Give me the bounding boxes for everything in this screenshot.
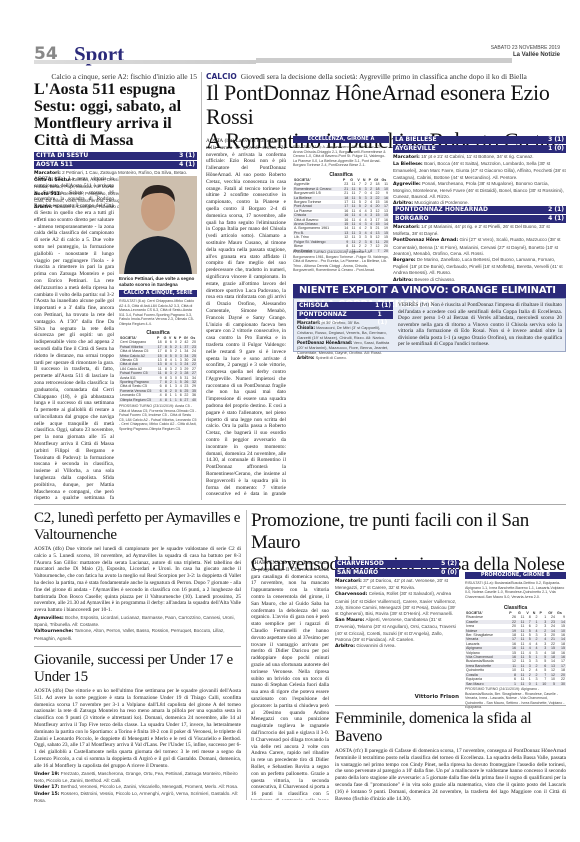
- section-divider: [34, 504, 566, 505]
- score-row: CITTÀ DI SESTU3 (1): [34, 152, 197, 160]
- match-charvensod: CHARVENSOD5 (2) SAN MAURO0 (0) Marcatori…: [335, 560, 459, 650]
- table-row: Olimpia Regium C5481162740: [119, 398, 197, 402]
- results: RISULTATI (8.a): Cerri Chiappano-Mirko C…: [119, 299, 197, 326]
- headline: Promozione, tre punti facili con il San …: [251, 510, 566, 554]
- standings: Classifica SOCIETA'PGVNPGfGsAygreville23…: [293, 170, 389, 253]
- results: RISULTATI (11.a): A. Borgomanero 1961-Li…: [293, 145, 389, 168]
- article-giovanile: Giovanile, successi per Under 17 e Under…: [34, 652, 241, 805]
- column-divider: [201, 72, 202, 500]
- score-row: SAN MAURO0 (0): [335, 569, 459, 577]
- score-row: AYGREVILLE1 (0): [393, 145, 566, 153]
- scoreboard: CITTÀ DI SESTU3 (1) AOSTA 5114 (1): [34, 152, 197, 169]
- portrait-image: [119, 176, 197, 274]
- byline: Vittorio Frison: [335, 694, 459, 700]
- column-divider: [246, 510, 247, 800]
- headline: C2, lunedì perfetto per Aymavilles e Val…: [34, 510, 241, 544]
- headline: Femminile, domenica la sfida al Baveno: [335, 710, 566, 746]
- match-borgaro: PONTDONNAZ HÔNEARNAD2 (1) BORGARO4 (1) M…: [393, 206, 566, 284]
- standings-table: SOCIETA'PGVNPGfGsRivarolese2611821249Cas…: [465, 611, 566, 686]
- table-row: Futsal Fuorex C51183232827: [119, 371, 197, 375]
- score-row: AOSTA 5114 (1): [34, 161, 197, 169]
- article-body: AOSTA (dfo) La terza vittoria in campion…: [34, 176, 114, 502]
- dateline: SABATO 23 NOVEMBRE 2019: [470, 45, 560, 51]
- headline: Giovanile, successi per Under 17 e Under…: [34, 652, 241, 686]
- article-body: AOSTA (dfo) Due vittorie e un ko nell'ul…: [34, 688, 241, 770]
- league-band: PROMOZIONE, GIRONE B: [465, 572, 566, 579]
- league-band: CALCIO A CINQUE, SERIE A2: [119, 290, 197, 297]
- article-femminile: Femminile, domenica la sfida al Baveno A…: [335, 710, 566, 802]
- standings-table: SOCIETA'PGVNPGfGsCerri Chiappano18860242…: [119, 336, 197, 402]
- headline: L'Aosta 511 espugna Sestu: oggi, sabato,…: [34, 81, 197, 149]
- league-band: ECCELLENZA, GIRONE A: [293, 136, 389, 143]
- table-row: Città di Massa C51785213424: [119, 349, 197, 353]
- article-vinovo: NIENTE EXPLOIT A VINOVO: ORANGE ELIMINAT…: [293, 284, 566, 352]
- article-body-continued: [119, 430, 197, 502]
- kicker: Calcio a cinque, serie A2: fischio d'ini…: [34, 72, 197, 81]
- article-body: AOSTA (rfc) Il pareggio di Cafasse di do…: [335, 748, 566, 802]
- score-row: PONTDONNAZ HÔNEARNAD2 (1): [393, 206, 566, 214]
- header-rule-right: [256, 58, 512, 63]
- score-row: PONTDONNAZ HÔNEARNAD1 (1): [297, 311, 393, 319]
- article-body: AOSTA (hrt) La svolta era nell'aria e ne…: [206, 138, 286, 498]
- masthead: La Vallée Notizie: [460, 52, 560, 58]
- score-row: BORGARO4 (1): [393, 215, 566, 223]
- table-row: Equipania6111371022: [465, 677, 566, 681]
- article-body-continued: [293, 378, 566, 500]
- article-body: VERRÈS (fvt) Non è riuscita al PontDonna…: [398, 302, 562, 348]
- photo-caption: Enrico Pettinari, due volte a segno saba…: [119, 276, 197, 287]
- headline: Il PontDonnaz HôneArnad esonera Ezio Ros…: [206, 81, 566, 129]
- score-row: CHISOLA1 (1): [297, 302, 393, 310]
- standings-table: SOCIETA'PGVNPGfGsAygreville23117221811Ro…: [293, 178, 389, 253]
- standings: Classifica SOCIETA'PGVNPGfGsCerri Chiapp…: [119, 328, 197, 402]
- results: RISULTATI (11.a): Busiansia/Busola-Detti…: [465, 581, 566, 599]
- article-body: AOSTA (dfo) Due vittorie nel lunedì di c…: [34, 546, 241, 614]
- score-row: CHARVENSOD5 (2): [335, 560, 459, 568]
- match-biellese: LA BIELLESE3 (1) AYGREVILLE1 (0) Marcato…: [393, 136, 566, 208]
- section-divider: [34, 646, 241, 647]
- section-divider: [335, 705, 566, 706]
- player-photo: [119, 176, 197, 274]
- next-round: PROSSIMO TURNO (24/11/2019): Alpignano -…: [465, 687, 566, 710]
- banner-title: NIENTE EXPLOIT A VINOVO: ORANGE ELIMINAT…: [293, 284, 566, 298]
- article-body: CHARVENSOD (fvt) Tutto come da programma…: [251, 560, 329, 800]
- score-row: LA BIELLESE3 (1): [393, 136, 566, 144]
- article-c2: C2, lunedì perfetto per Aymavilles e Val…: [34, 510, 241, 642]
- standings: Classifica SOCIETA'PGVNPGfGsRivarolese26…: [465, 603, 566, 686]
- next-round: PROSSIMO TURNO (24/11/2019): Aygreville …: [293, 250, 389, 273]
- table-row: Alpignano16114431515: [465, 646, 566, 650]
- header-rule: [34, 60, 256, 64]
- next-round: PROSSIMO TURNO (23/11/2019): Aosta C5 - …: [119, 404, 197, 431]
- table-row: San Mauro1110110530: [465, 682, 566, 686]
